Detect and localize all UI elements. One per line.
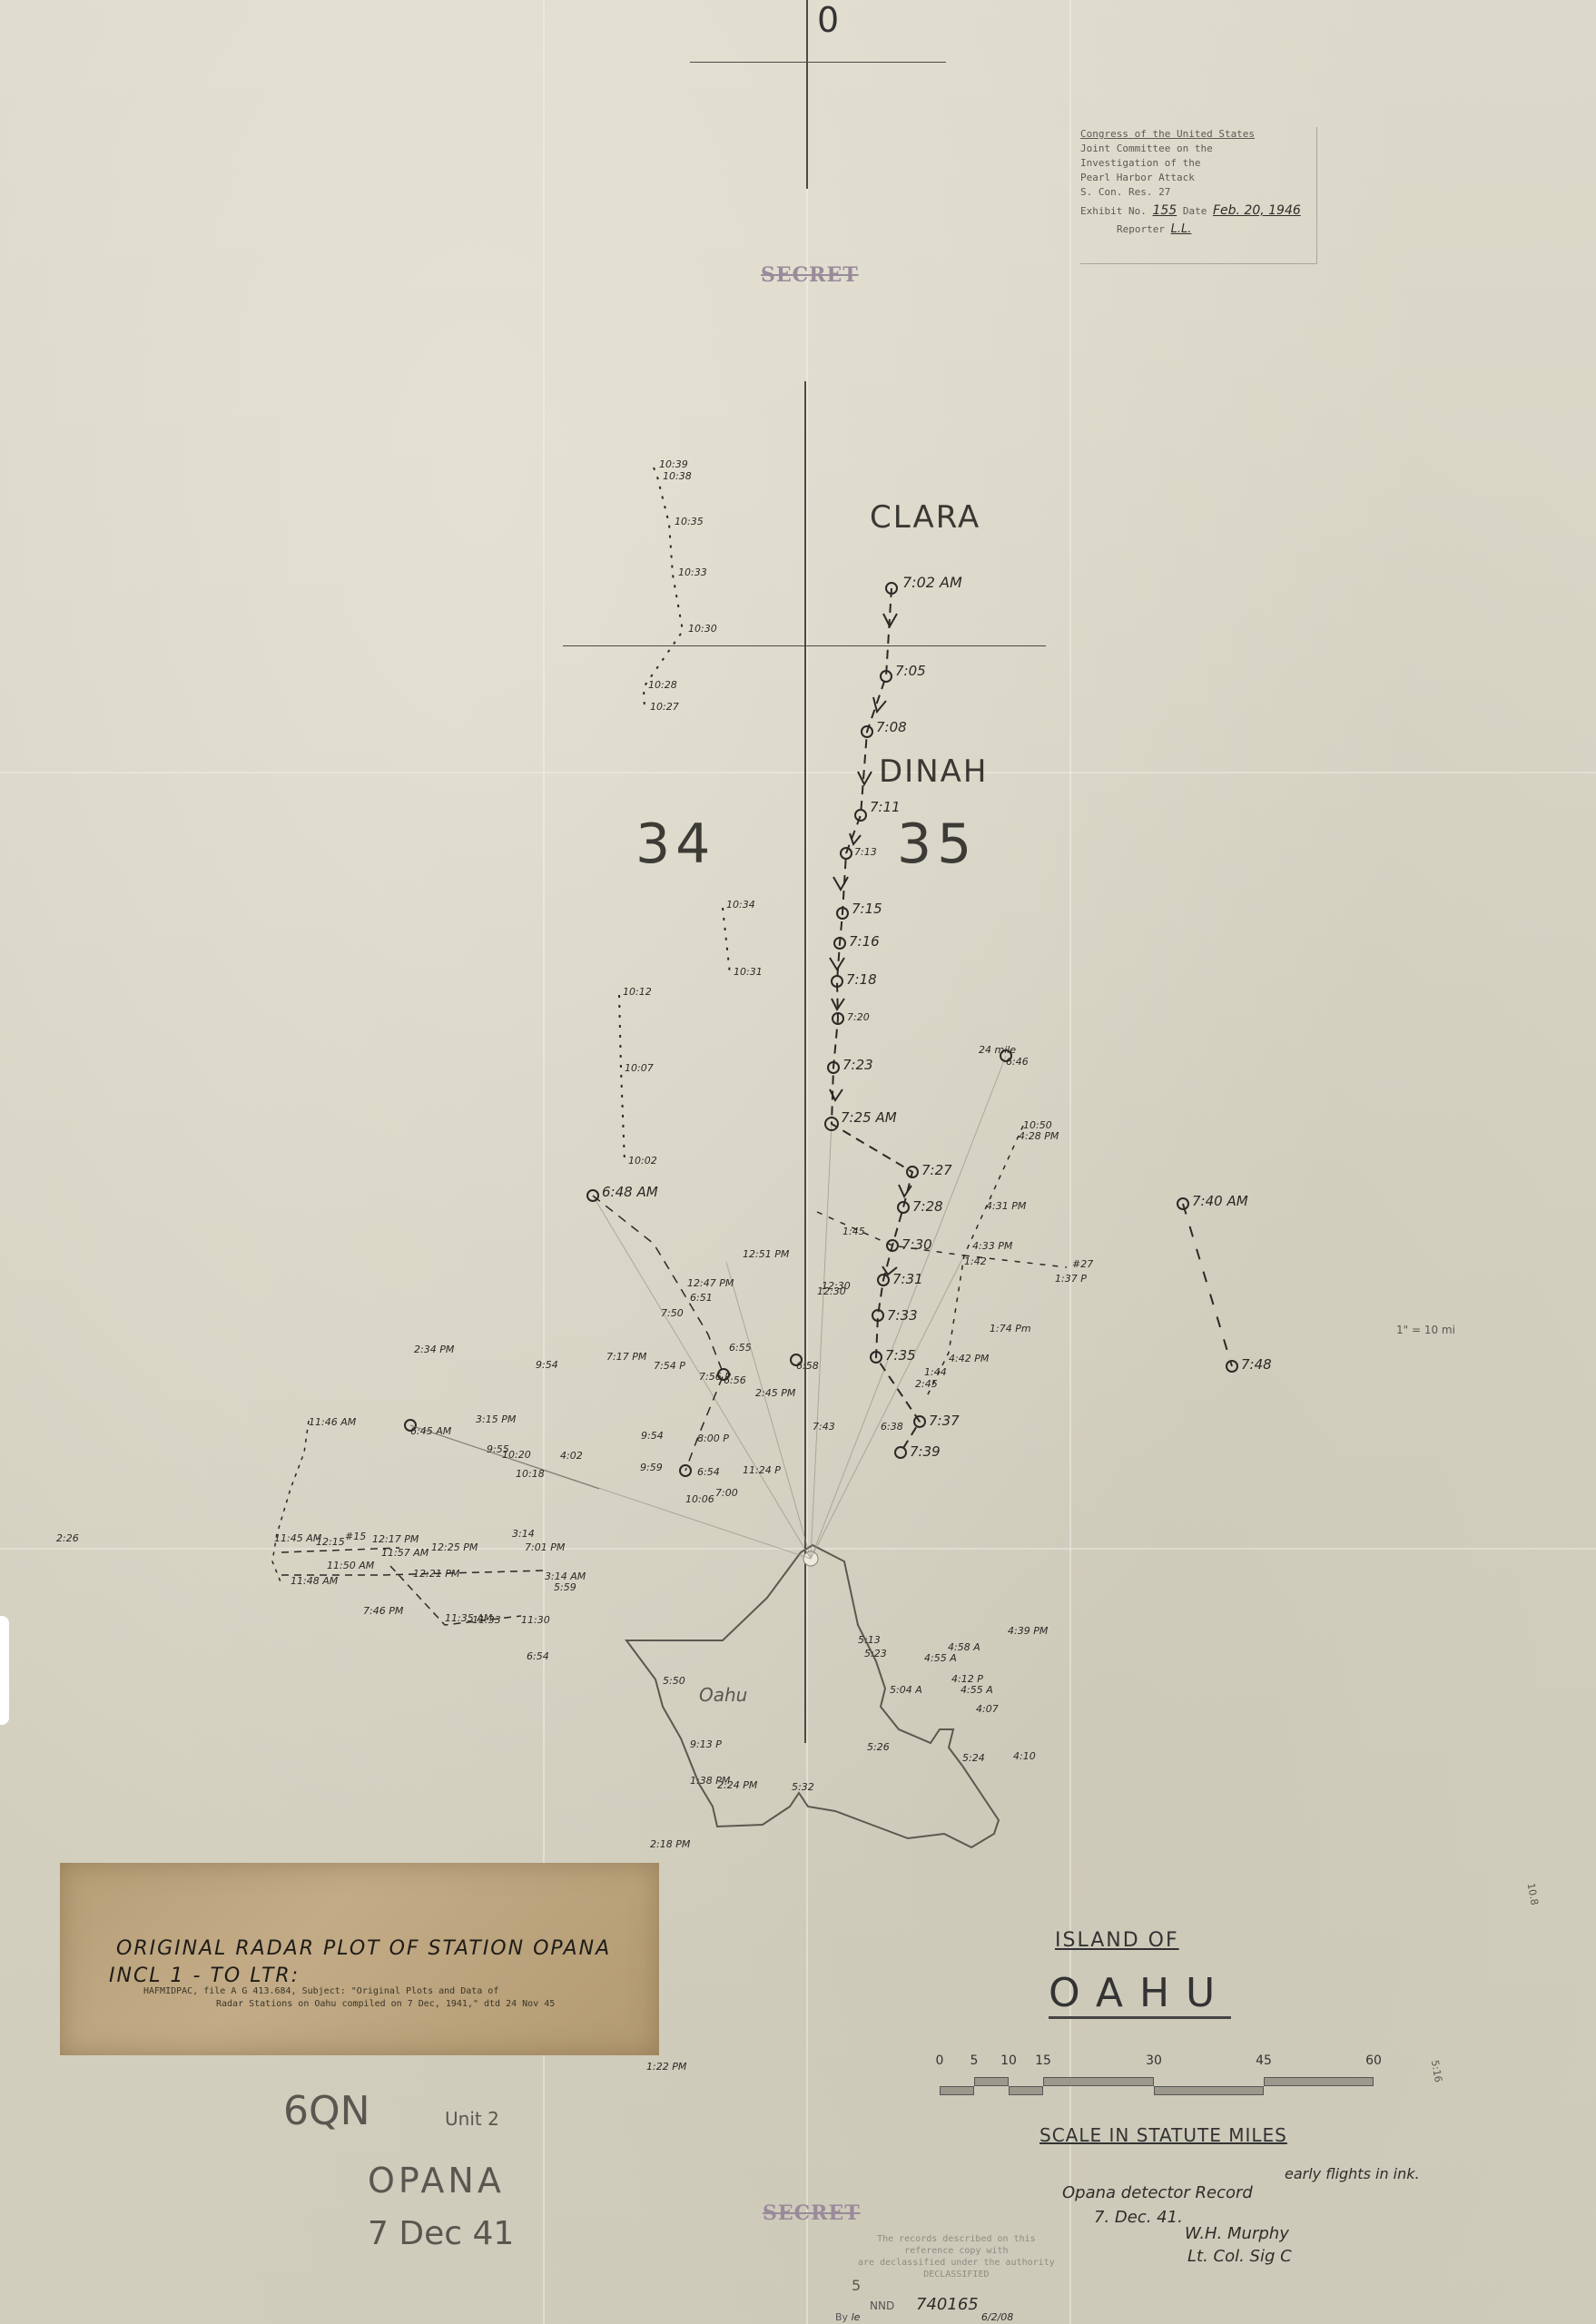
track-label: 10:34 xyxy=(726,899,755,911)
secret-stamp-bottom: SECRET xyxy=(763,2201,861,2225)
plot-annotation: 7:17 PM xyxy=(606,1351,646,1363)
signature-name: W.H. Murphy xyxy=(1185,2224,1289,2243)
label-card-subtitle: INCL 1 - TO LTR: xyxy=(109,1965,300,1987)
track-label: 7:11 xyxy=(870,799,901,815)
track-label: 7:35 xyxy=(885,1347,916,1364)
track-label: 7:33 xyxy=(887,1307,918,1324)
plot-annotation: 6:51 xyxy=(690,1292,713,1304)
plot-annotation: 9:54 xyxy=(536,1359,558,1371)
plot-annotation: 4:58 A xyxy=(948,1641,980,1653)
plot-annotation: 1:37 P xyxy=(1055,1273,1087,1285)
scale-tick: 60 xyxy=(1365,2053,1382,2068)
plot-annotation: #15 xyxy=(345,1531,366,1542)
track-label: 10:33 xyxy=(678,566,707,578)
track-label: 10:30 xyxy=(688,623,717,635)
label-card-title: ORIGINAL RADAR PLOT OF STATION OPANA xyxy=(116,1937,611,1960)
signature-title: Lt. Col. Sig C xyxy=(1187,2247,1292,2266)
note-detector-record: Opana detector Record xyxy=(1062,2183,1253,2202)
track-label: 7:16 xyxy=(849,933,880,950)
track-label: 7:23 xyxy=(842,1057,873,1073)
track-label: 7:37 xyxy=(929,1413,960,1429)
declass-nnd-label: NND xyxy=(870,2299,894,2312)
note-6qn: 6QN xyxy=(283,2088,370,2134)
plot-annotation: 6:54 xyxy=(527,1650,549,1662)
track-label: 7:31 xyxy=(892,1271,923,1287)
scale-bar: 0 5 10 15 30 45 60 xyxy=(940,2077,1383,2097)
plot-annotation: 4:39 PM xyxy=(1008,1625,1048,1637)
track-label: 7:02 AM xyxy=(902,574,962,591)
track-label: 7:13 xyxy=(854,846,877,858)
plot-annotation: 9:54 xyxy=(641,1430,664,1442)
plot-annotation: 4:07 xyxy=(976,1703,999,1715)
plot-annotation: 7:46 PM xyxy=(363,1605,403,1617)
plot-annotation: 11:30 xyxy=(521,1614,550,1626)
plot-annotation: 10:18 xyxy=(516,1468,545,1480)
note-date: 7 Dec 41 xyxy=(368,2215,514,2252)
track-label: 7:30 xyxy=(901,1236,932,1253)
plot-annotation: 6:56 xyxy=(724,1374,746,1386)
scale-tick: 45 xyxy=(1256,2053,1272,2068)
track-label: 10:39 xyxy=(659,458,688,470)
plot-annotation: 3:15 PM xyxy=(476,1413,516,1425)
plot-annotation: 11:46 AM xyxy=(309,1416,356,1428)
oahu-title: OAHU xyxy=(1049,1970,1231,2019)
plot-annotation: 4:55 A xyxy=(961,1684,993,1696)
plot-annotation: 12:51 PM xyxy=(743,1248,789,1260)
plot-annotation: 4:28 PM xyxy=(1019,1130,1059,1142)
declassification-stamp: The records described on this reference … xyxy=(858,2233,1055,2280)
scale-tick: 10 xyxy=(1000,2053,1017,2068)
plot-annotation: 5:59 xyxy=(554,1581,576,1593)
plot-annotation: 6:54 xyxy=(697,1466,720,1478)
plot-annotation: 12:17 PM xyxy=(372,1533,419,1545)
plot-annotation: 2:45 xyxy=(915,1378,938,1390)
plot-annotation: 4:02 xyxy=(560,1450,583,1462)
scale-tick: 5 xyxy=(970,2053,979,2068)
scale-ratio-note: 1" = 10 mi xyxy=(1396,1324,1455,1336)
plot-annotation: 7:00 xyxy=(715,1487,738,1499)
track-label: 10:27 xyxy=(650,701,679,713)
plot-annotation: 7:43 xyxy=(813,1421,835,1433)
oahu-small-label: Oahu xyxy=(699,1684,747,1706)
scale-title: SCALE IN STATUTE MILES xyxy=(1039,2124,1287,2146)
track-label: 7:05 xyxy=(895,663,926,679)
plot-annotation: 7:54 P xyxy=(654,1360,685,1372)
declass-line2: reference copy with xyxy=(858,2245,1055,2257)
plot-annotation: 1:44 xyxy=(924,1366,947,1378)
island-of-label: ISLAND OF xyxy=(1055,1929,1179,1952)
plot-annotation: 4:10 xyxy=(1013,1750,1036,1762)
plot-annotation: 10:20 xyxy=(502,1449,531,1461)
plot-annotation: 12:15 xyxy=(316,1536,345,1548)
plot-annotation: 3:14 xyxy=(512,1528,535,1540)
scale-tick: 15 xyxy=(1035,2053,1051,2068)
label-card: ORIGINAL RADAR PLOT OF STATION OPANA INC… xyxy=(60,1863,659,2055)
plot-annotation: 2:26 xyxy=(56,1532,79,1544)
plot-annotation: 11:33 xyxy=(472,1614,501,1626)
track-label: 7:39 xyxy=(910,1443,941,1460)
plot-annotation: 1:22 PM xyxy=(646,2061,686,2073)
note-early-flights: early flights in ink. xyxy=(1285,2165,1420,2182)
track-label: 7:28 xyxy=(912,1198,943,1215)
label-card-typed-line2: Radar Stations on Oahu compiled on 7 Dec… xyxy=(143,1998,555,2011)
plot-annotation: 11:50 AM xyxy=(327,1560,374,1571)
plot-annotation: 11:48 AM xyxy=(291,1575,338,1587)
plot-annotation: 4:42 PM xyxy=(949,1353,989,1364)
track-label: 10:28 xyxy=(648,679,677,691)
plot-annotation: 2:18 PM xyxy=(650,1838,690,1850)
track-label: 7:25 AM xyxy=(841,1109,897,1126)
declass-line1: The records described on this xyxy=(858,2233,1055,2245)
plot-annotation: 12:47 PM xyxy=(687,1277,734,1289)
plot-annotation: 11:45 AM xyxy=(274,1532,321,1544)
track-label: 7:08 xyxy=(876,719,907,735)
plot-annotation: 1:42 xyxy=(964,1256,987,1267)
plot-annotation: 5:04 A xyxy=(890,1684,922,1696)
plot-annotation: 2:45 PM xyxy=(755,1387,795,1399)
declass-by-value: le xyxy=(852,2311,861,2323)
track-label: 10:31 xyxy=(734,966,763,978)
plot-annotation: 5:23 xyxy=(864,1648,887,1659)
plot-annotation: 5:50 xyxy=(663,1675,685,1687)
note-detector-date: 7. Dec. 41. xyxy=(1094,2208,1183,2227)
plot-annotation: 6:45 AM xyxy=(410,1425,451,1437)
track-label: 10:07 xyxy=(625,1062,654,1074)
track-label: 10:02 xyxy=(628,1155,657,1167)
secondary-track-line xyxy=(1183,1204,1232,1366)
plot-annotation: 7:01 PM xyxy=(525,1541,565,1553)
track-label: 7:20 xyxy=(847,1011,870,1023)
plot-annotation: 6:55 xyxy=(729,1342,752,1354)
scale-tick: 30 xyxy=(1146,2053,1162,2068)
track-label: 10:35 xyxy=(675,516,704,527)
north-track-line xyxy=(644,468,683,710)
plot-annotation: 12:21 PM xyxy=(413,1568,459,1580)
declass-margin-mark: 5 xyxy=(852,2277,861,2294)
plot-annotation: 12:25 PM xyxy=(431,1541,478,1553)
declass-by: By le 6/2/08 xyxy=(835,2311,1013,2323)
track-label: 7:48 xyxy=(1241,1356,1272,1373)
track-label: 7:15 xyxy=(852,901,882,917)
label-card-typed: HAFMIDPAC, file A G 413.684, Subject: "O… xyxy=(143,1985,555,2011)
plot-annotation: 9:59 xyxy=(640,1462,663,1473)
note-unit: Unit 2 xyxy=(445,2108,499,2130)
plot-annotation: 9:13 P xyxy=(690,1738,722,1750)
plot-annotation: 5:32 xyxy=(792,1781,814,1793)
plot-annotation: 7:50 xyxy=(661,1307,684,1319)
track-label: 7:40 AM xyxy=(1192,1193,1248,1209)
track-label: 7:18 xyxy=(846,971,877,988)
plot-annotation: 12:30 xyxy=(822,1280,851,1292)
declass-date: 6/2/08 xyxy=(981,2311,1013,2323)
plot-annotation: 4:55 A xyxy=(924,1652,957,1664)
plot-annotation: 2:24 PM xyxy=(717,1779,757,1791)
note-opana: OPANA xyxy=(368,2161,505,2201)
plot-annotation: 10:06 xyxy=(685,1493,714,1505)
oahu-coastline xyxy=(626,1545,999,1847)
plot-annotation: #27 xyxy=(1072,1258,1093,1270)
plot-annotation: 6:38 xyxy=(881,1421,903,1433)
plot-annotation: 24 mile xyxy=(979,1044,1016,1056)
plot-annotation: 1:45 xyxy=(842,1226,865,1237)
plot-annotation: 1:74 Pm xyxy=(990,1323,1031,1334)
track-label: 10:12 xyxy=(623,986,652,998)
track-label: 7:27 xyxy=(921,1162,952,1178)
plot-annotation: 5:26 xyxy=(867,1741,890,1753)
declass-line4: DECLASSIFIED xyxy=(858,2269,1055,2280)
declass-line3: are declassified under the authority xyxy=(858,2257,1055,2269)
plot-annotation: 5:13 xyxy=(858,1634,881,1646)
plot-annotation: 2:34 PM xyxy=(414,1344,454,1355)
plot-annotation: 6:46 xyxy=(1006,1056,1029,1068)
track-label: 6:48 AM xyxy=(602,1184,658,1200)
plot-annotation: 5:24 xyxy=(962,1752,985,1764)
plot-annotation: 8:00 P xyxy=(697,1433,729,1444)
plot-annotation: 11:24 P xyxy=(743,1464,781,1476)
plot-annotation: 4:31 PM xyxy=(986,1200,1026,1212)
plot-annotation: 4:33 PM xyxy=(972,1240,1012,1252)
plot-annotation: 6:58 xyxy=(796,1360,819,1372)
declass-by-label: By xyxy=(835,2311,848,2323)
scale-tick: 0 xyxy=(936,2053,944,2068)
plot-annotation: 11:57 AM xyxy=(381,1547,429,1559)
track-label: 10:38 xyxy=(663,470,692,482)
label-card-typed-line1: HAFMIDPAC, file A G 413.684, Subject: "O… xyxy=(143,1985,555,1998)
